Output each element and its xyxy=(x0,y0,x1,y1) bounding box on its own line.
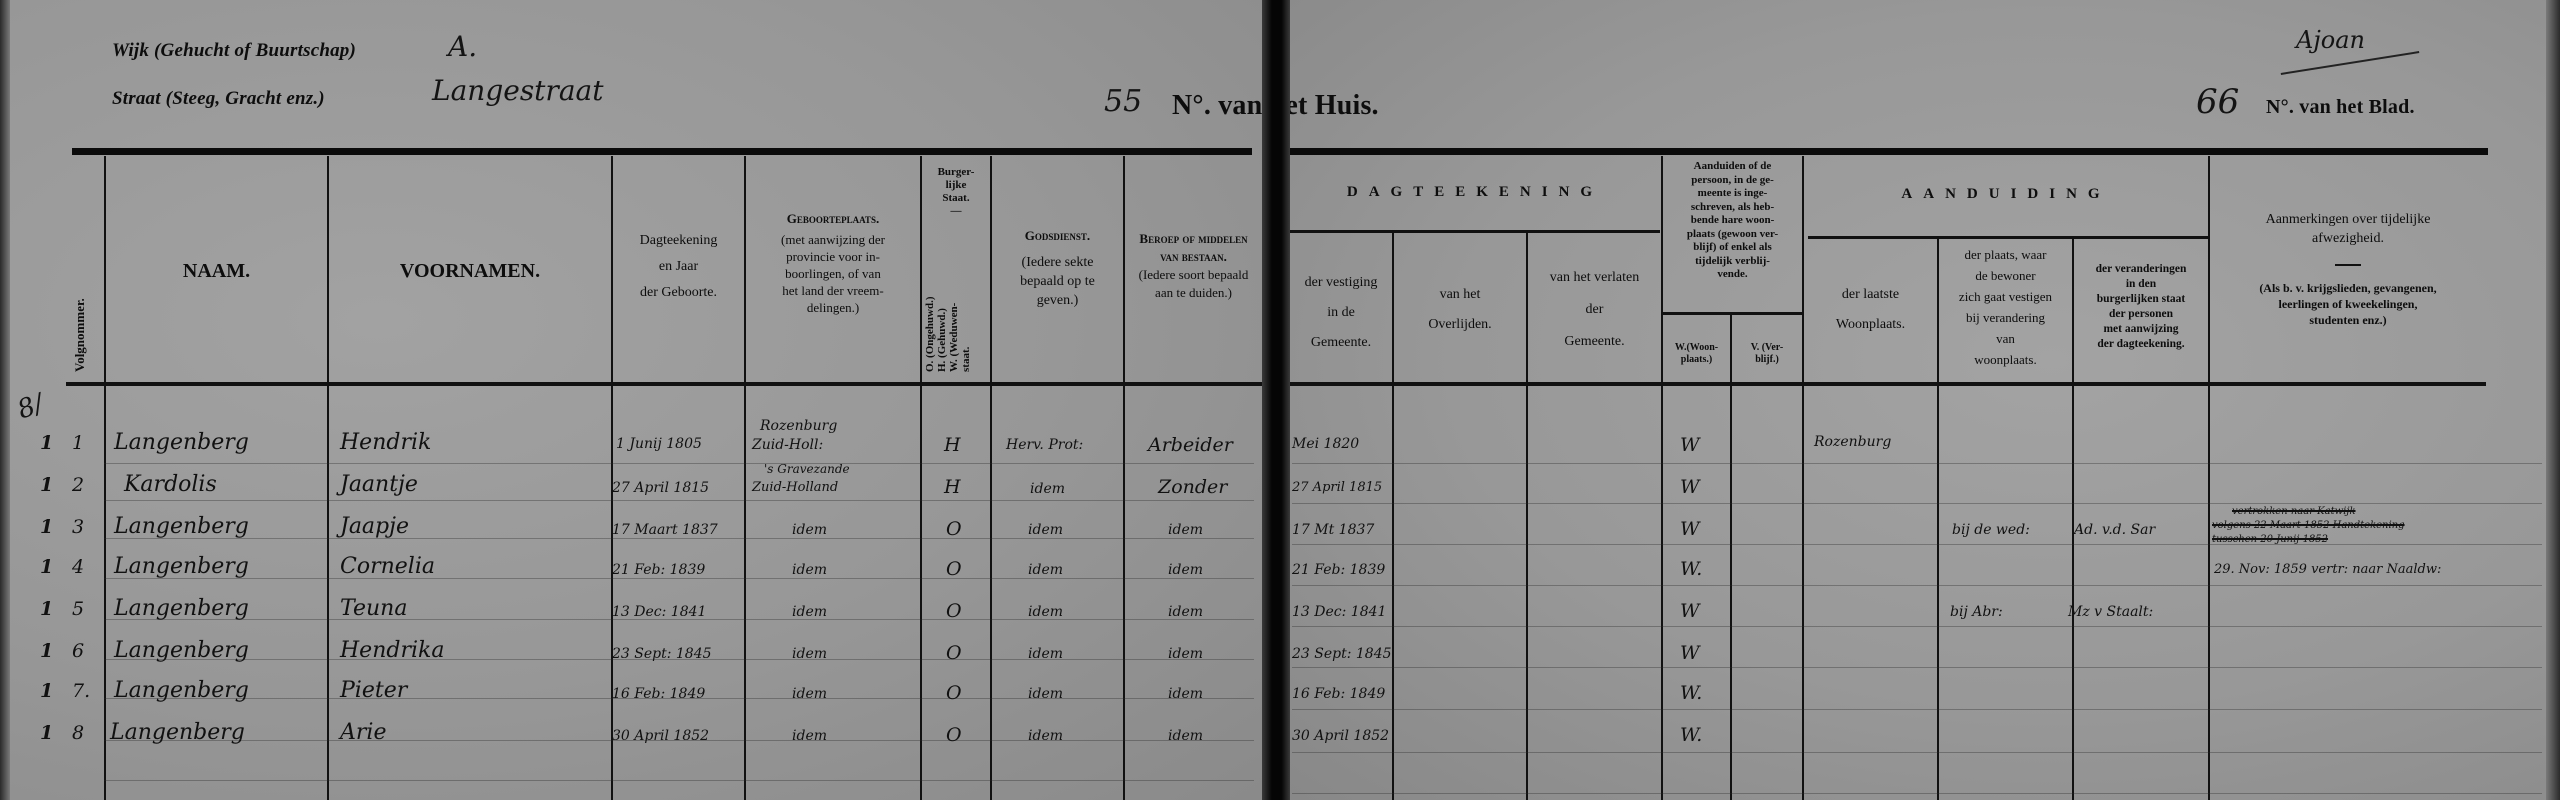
wijk-label: Wijk (Gehucht of Buurtschap) xyxy=(112,40,356,62)
row5-plaats-vestigen: bij Abr: xyxy=(1950,604,2003,620)
row3-aanmerking-struck-1: vertrokken naar Katwijk xyxy=(2232,506,2356,517)
aanduiding-group-rule xyxy=(1808,236,2208,239)
row5-wv: W xyxy=(1680,600,1700,622)
dagteekening-group-rule xyxy=(1290,230,1660,233)
row1-vestiging: Mei 1820 xyxy=(1292,436,1359,452)
header-bottom-rule-right xyxy=(1290,382,2486,386)
group-aanduiding: AANDUIDING xyxy=(1804,186,2208,202)
row8-wv: W. xyxy=(1680,724,1702,746)
col-aanmerkingen: Aanmerkingen over tijdelijke afwezigheid… xyxy=(2210,210,2486,328)
header-bottom-rule-left xyxy=(66,382,1262,386)
row3-aanmerkingen: 29. Nov: 1859 vertr: naar Naaldw: xyxy=(2214,562,2441,577)
col-vestiging: der vestiging in de Gemeente. xyxy=(1290,268,1392,358)
col-aanduiden: Aanduiden of de persoon, in de ge- meent… xyxy=(1663,160,1802,282)
row5-veranderingen: Mz v Staalt: xyxy=(2068,604,2153,620)
blad-number: 66 xyxy=(2196,82,2239,122)
col-volgnommer: Volgnommer. xyxy=(72,298,88,372)
col-godsdienst: Godsdienst. (Iedere sekte bepaald op te … xyxy=(992,226,1123,310)
col-plaats-vestigen: der plaats, waar de bewoner zich gaat ve… xyxy=(1939,244,2072,370)
straat-value: Langestraat xyxy=(432,74,603,107)
top-rule-left xyxy=(72,148,1252,155)
group-dagteekening: DAGTEEKENING xyxy=(1290,184,1660,200)
row1-laatste-woonplaats: Rozenburg xyxy=(1814,434,1891,450)
aanduiden-sub-rule xyxy=(1662,312,1802,315)
wijk-value: A. xyxy=(448,30,477,63)
row2-wv: W xyxy=(1680,476,1700,498)
huis-number: 55 xyxy=(1104,84,1142,119)
row5-vestiging: 13 Dec: 1841 xyxy=(1292,604,1386,620)
row3-aanmerking-struck-3: tusschen 20 Junij 1852 xyxy=(2212,534,2328,545)
row2-vestiging: 27 April 1815 xyxy=(1292,480,1382,495)
book-spine xyxy=(1262,0,1290,800)
col-v-verblijf: V. (Ver- blijf.) xyxy=(1732,342,1802,366)
blad-label: N°. van het Blad. xyxy=(2266,96,2415,119)
col-verlaten: van het verlaten der Gemeente. xyxy=(1528,262,1661,358)
straat-label: Straat (Steeg, Gracht enz.) xyxy=(112,88,325,110)
row3-aanmerking-struck-2: volgens 22 Maart 1852 Handtekening xyxy=(2212,520,2405,531)
col-voornamen: VOORNAMEN. xyxy=(329,260,611,282)
row1-wv: W xyxy=(1680,434,1700,456)
col-geboorteplaats: Geboorteplaats. (met aanwijzing der prov… xyxy=(748,210,918,316)
page-edge-left xyxy=(0,0,10,800)
row6-wv: W xyxy=(1680,642,1700,664)
row3-vestiging: 17 Mt 1837 xyxy=(1292,522,1374,538)
row7-vestiging: 16 Feb: 1849 xyxy=(1292,686,1385,702)
signature: Ajoan xyxy=(2296,26,2365,54)
col-overlijden: van het Overlijden. xyxy=(1394,280,1526,340)
col-burgerlijke-staat: Burger- lijke Staat. — xyxy=(922,166,990,218)
row6-vestiging: 23 Sept: 1845 xyxy=(1292,646,1392,662)
col-veranderingen: der veranderingen in den burgerlijken st… xyxy=(2074,262,2208,352)
col-burgerlijke-legend: O. (Ongehuwd.) H. (Gehuwd.) W. (Weduwen-… xyxy=(924,297,972,373)
page-edge-right xyxy=(2546,0,2560,800)
col-naam: NAAM. xyxy=(106,260,327,282)
top-rule-right xyxy=(1290,148,2488,155)
col-beroep: Beroep of middelen van bestaan. (Iedere … xyxy=(1125,230,1262,302)
row4-wv: W. xyxy=(1680,558,1702,580)
col-w-woonplaats: W.(Woon- plaats.) xyxy=(1663,342,1730,366)
row7-wv: W. xyxy=(1680,682,1702,704)
row3-plaats-vestigen: bij de wed: xyxy=(1952,522,2030,538)
row3-wv: W xyxy=(1680,518,1700,540)
col-geboorte: Dagteekening en Jaar der Geboorte. xyxy=(613,228,744,306)
divider xyxy=(2335,264,2361,266)
row4-vestiging: 21 Feb: 1839 xyxy=(1292,562,1385,578)
row8-vestiging: 30 April 1852 xyxy=(1292,728,1389,744)
col-laatste-woonplaats: der laatste Woonplaats. xyxy=(1804,280,1937,340)
right-page xyxy=(1290,0,2560,800)
row3-veranderingen: Ad. v.d. Sar xyxy=(2074,522,2155,538)
